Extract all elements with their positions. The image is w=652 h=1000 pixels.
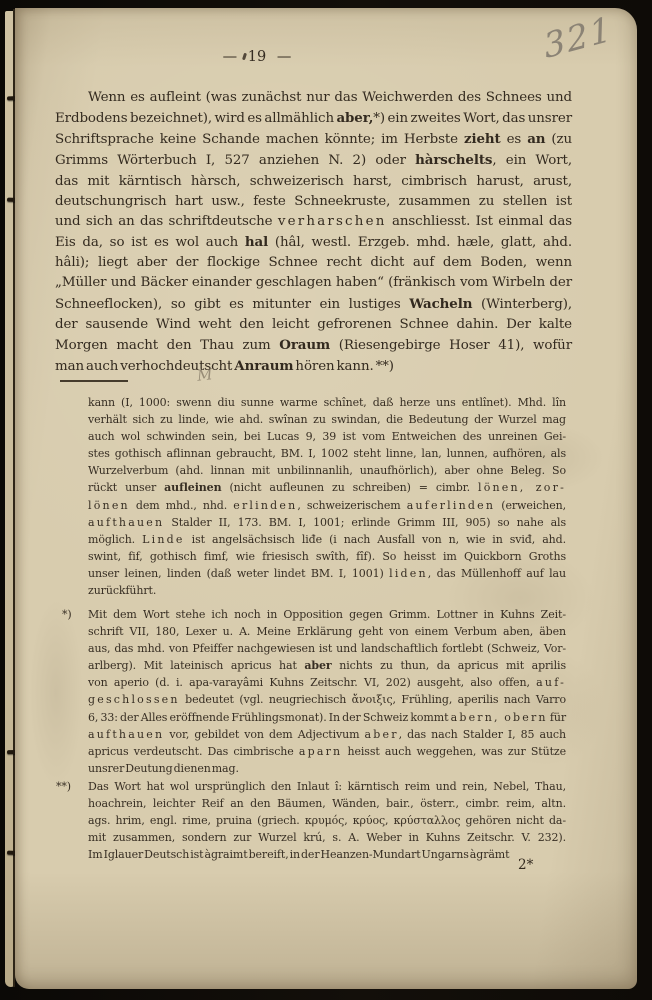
text-segment: (nicht aufleunen zu schreiben) = cimbr.: [221, 481, 478, 494]
text-segment: aufthauen: [88, 728, 164, 741]
text-segment: dem mhd., nhd.: [130, 499, 233, 512]
text-segment: Morgen macht den Thau zum: [55, 338, 279, 353]
text-segment: Grimms Wörterbuch I, 527 anziehen N. 2) …: [55, 153, 415, 168]
text-line: zurückführt.: [88, 582, 566, 599]
text-line: Wenn es aufleint (was zunächst nur das W…: [55, 88, 572, 108]
text-segment: anschliesst. Ist einmal das: [387, 214, 572, 229]
text-segment: Wenn es aufleint (was zunächst nur das W…: [88, 90, 572, 105]
text-segment: an: [527, 131, 545, 147]
text-line: kann (I, 1000: swenn diu sunne warme sch…: [88, 394, 566, 411]
text-segment: bedeutet (vgl. neugriechisch ἄνοιξις, Fr…: [180, 693, 566, 706]
text-segment: erlinden: [233, 499, 297, 512]
text-line: geschlossen bedeutet (vgl. neugriechisch…: [88, 691, 566, 708]
text-line: Grimms Wörterbuch I, 527 anziehen N. 2) …: [55, 150, 572, 171]
text-line: auch wol schwinden sein, bei Lucas 9, 39…: [88, 428, 566, 445]
text-segment: lönen: [88, 499, 130, 512]
text-segment: auf-: [536, 676, 566, 689]
text-segment: (erweichen,: [495, 499, 566, 512]
text-segment: der sausende Wind weht den leicht gefror…: [55, 317, 572, 332]
text-line: verhält sich zu linde, wie ahd. swînan z…: [88, 411, 566, 428]
text-segment: kann (I, 1000: swenn diu sunne warme sch…: [88, 396, 566, 409]
text-line: lönen dem mhd., nhd. erlinden, schweizer…: [88, 497, 566, 514]
text-segment: hàrschelts: [415, 152, 492, 168]
text-segment: Mit dem Wort stehe ich noch in Oppositio…: [88, 608, 566, 621]
text-segment: (Winterberg),: [472, 297, 572, 312]
text-segment: stes gothisch aflinnan gebraucht, BM. I,…: [88, 447, 566, 460]
text-line: hâli); liegt aber der flockige Schnee re…: [55, 253, 572, 273]
text-segment: mit zusammen, sondern zur Wurzel krú, s.…: [88, 831, 566, 844]
text-line: aufthauen vor, gebildet von dem Adjectiv…: [88, 726, 566, 743]
page-number-heading: — 19 —: [199, 49, 315, 65]
text-line: arlberg). Mit lateinisch apricus hat abe…: [88, 657, 566, 674]
text-line: Wurzelverbum (ahd. linnan mit unbilinnan…: [88, 462, 566, 479]
text-segment: Wacheln: [409, 296, 472, 312]
text-segment: auch wol schwinden sein, bei Lucas 9, 39…: [88, 430, 566, 443]
text-line: man auch verhochdeutscht Anraum hören ka…: [55, 356, 572, 377]
footnote-marker: **): [56, 778, 71, 795]
text-segment: , schweizerischem: [297, 499, 406, 512]
text-segment: hoachrein, leichter Reif an den Bäumen, …: [88, 797, 566, 810]
text-segment: ist angelsächsisch liđe (i nach Ausfall …: [185, 533, 566, 546]
text-segment: Das Wort hat wol ursprünglich den Inlaut…: [88, 780, 566, 793]
signature-mark: 2*: [518, 857, 533, 873]
text-segment: (zu: [545, 132, 572, 147]
text-segment: (Riesengebirge Hoser 41), wofür: [330, 338, 572, 353]
footnote-continuation: kann (I, 1000: swenn diu sunne warme sch…: [88, 394, 566, 599]
text-line: rückt unser aufleinen (nicht aufleunen z…: [88, 479, 566, 496]
text-line: **)Das Wort hat wol ursprünglich den Inl…: [88, 778, 566, 795]
text-line: Schriftsprache keine Schande machen könn…: [55, 129, 572, 150]
text-segment: aber,: [336, 110, 373, 126]
text-segment: aufthauen: [88, 516, 164, 529]
text-segment: apricus verdeutscht. Das cimbrische: [88, 745, 299, 758]
text-line: apricus verdeutscht. Das cimbrische apar…: [88, 743, 566, 760]
text-segment: von aperio (d. i. apa-varayâmi Kuhns Zei…: [88, 676, 536, 689]
text-segment: liden: [389, 567, 428, 580]
text-segment: aufleinen: [164, 481, 221, 494]
footnote-asterisk: *)Mit dem Wort stehe ich noch in Opposit…: [88, 606, 566, 777]
book-page: 321 — 19 — Wenn es aufleint (was zunächs…: [15, 8, 637, 989]
text-line: aufthauen Stalder II, 173. BM. I, 1001; …: [88, 514, 566, 531]
text-line: 6, 33: der Alles eröffnende Frühlingsmon…: [88, 709, 566, 726]
text-segment: hören kann. **): [293, 359, 393, 374]
text-segment: zurückführt.: [88, 584, 156, 597]
text-line: hoachrein, leichter Reif an den Bäumen, …: [88, 795, 566, 812]
main-paragraph: Wenn es aufleint (was zunächst nur das W…: [55, 88, 572, 377]
handwritten-folio-number: 321: [541, 9, 616, 67]
scanned-book-page-photo: 321 — 19 — Wenn es aufleint (was zunächs…: [0, 0, 652, 1000]
text-segment: es: [501, 132, 528, 147]
text-segment: und sich an das schriftdeutsche: [55, 214, 278, 229]
text-line: „Müller und Bäcker einander geschlagen h…: [55, 273, 572, 293]
text-segment: , das Müllenhoff auf lau: [428, 567, 566, 580]
text-segment: hâli); liegt aber der flockige Schnee re…: [55, 255, 572, 270]
text-segment: Wurzelverbum (ahd. linnan mit unbilinnan…: [88, 464, 566, 477]
text-segment: aber: [304, 659, 331, 672]
text-segment: aparn: [299, 745, 343, 758]
text-line: swint, fif, gothisch fimf, wie friesisch…: [88, 548, 566, 565]
text-line: und sich an das schriftdeutsche verharsc…: [55, 212, 572, 232]
text-segment: Schriftsprache keine Schande machen könn…: [55, 132, 464, 147]
text-segment: hal: [245, 234, 268, 250]
text-line: schrift VII, 180, Lexer u. A. Meine Erkl…: [88, 623, 566, 640]
text-segment: „Müller und Bäcker einander geschlagen h…: [55, 275, 572, 290]
text-segment: 6, 33: der Alles eröffnende Frühlingsmon…: [88, 711, 451, 724]
text-segment: , ein Wort,: [492, 153, 572, 168]
text-line: Schneeflocken), so gibt es mitunter ein …: [55, 294, 572, 315]
footnote-separator-rule: [60, 380, 128, 382]
text-line: mit zusammen, sondern zur Wurzel krú, s.…: [88, 829, 566, 846]
text-segment: verharschen: [278, 214, 387, 229]
text-line: der sausende Wind weht den leicht gefror…: [55, 315, 572, 335]
text-segment: swint, fif, gothisch fimf, wie friesisch…: [88, 550, 566, 563]
text-segment: Linde: [142, 533, 184, 546]
text-segment: aus, das mhd. von Pfeiffer nachgewiesen …: [88, 642, 566, 655]
text-segment: lönen, zor-: [478, 481, 566, 494]
text-segment: heisst auch weggehen, was zur Stütze: [342, 745, 566, 758]
text-segment: zieht: [464, 131, 501, 147]
footnote-marker: *): [62, 606, 72, 623]
text-segment: Erdbodens bezeichnet), wird es allmählic…: [55, 111, 336, 126]
text-segment: möglich.: [88, 533, 142, 546]
text-segment: , das nach Stalder I, 85 auch: [399, 728, 566, 741]
text-segment: arlberg). Mit lateinisch apricus hat: [88, 659, 304, 672]
text-segment: (hâl, westl. Erzgeb. mhd. hæle, glatt, a…: [268, 235, 572, 250]
text-line: stes gothisch aflinnan gebraucht, BM. I,…: [88, 445, 566, 462]
text-line: Eis da, so ist es wol auch hal (hâl, wes…: [55, 232, 572, 253]
text-line: möglich. Linde ist angelsächsisch liđe (…: [88, 531, 566, 548]
text-segment: Im Iglauer Deutsch ist àgraimt bereift, …: [88, 848, 509, 861]
text-line: unser leinen, linden (daß weter lindet B…: [88, 565, 566, 582]
text-segment: nichts zu thun, da apricus mit aprilis: [332, 659, 566, 672]
text-segment: das mit kärntisch hàrsch, schweizerisch …: [55, 174, 572, 189]
text-segment: auferlinden: [407, 499, 495, 512]
text-segment: vor, gebildet von dem Adjectivum: [164, 728, 364, 741]
text-segment: rückt unser: [88, 481, 164, 494]
show-through-blotch: [29, 598, 83, 788]
text-segment: Schneeflocken), so gibt es mitunter ein …: [55, 297, 409, 312]
text-line: Erdbodens bezeichnet), wird es allmählic…: [55, 108, 572, 129]
text-segment: Oraum: [279, 337, 330, 353]
text-segment: ags. hrim, engl. rime, pruina (griech. κ…: [88, 814, 566, 827]
text-line: Im Iglauer Deutsch ist àgraimt bereift, …: [88, 846, 566, 863]
text-segment: unsrer Deutung dienen mag.: [88, 762, 239, 775]
text-line: *)Mit dem Wort stehe ich noch in Opposit…: [88, 606, 566, 623]
text-line: Morgen macht den Thau zum Oraum (Rieseng…: [55, 335, 572, 356]
text-line: ags. hrim, engl. rime, pruina (griech. κ…: [88, 812, 566, 829]
text-segment: deutschungrisch hart usw., feste Schneek…: [55, 194, 572, 209]
footnote-double-asterisk: **)Das Wort hat wol ursprünglich den Inl…: [88, 778, 566, 863]
text-segment: Eis da, so ist es wol auch: [55, 235, 245, 250]
text-line: von aperio (d. i. apa-varayâmi Kuhns Zei…: [88, 674, 566, 691]
text-segment: abern, obern: [451, 711, 548, 724]
text-line: unsrer Deutung dienen mag.: [88, 760, 566, 777]
text-segment: schrift VII, 180, Lexer u. A. Meine Erkl…: [88, 625, 566, 638]
text-segment: verhält sich zu linde, wie ahd. swînan z…: [88, 413, 566, 426]
text-segment: geschlossen: [88, 693, 180, 706]
text-segment: aber: [365, 728, 399, 741]
text-segment: für: [548, 711, 566, 724]
pencil-correction-mark: M: [196, 365, 213, 385]
text-line: das mit kärntisch hàrsch, schweizerisch …: [55, 172, 572, 192]
text-line: aus, das mhd. von Pfeiffer nachgewiesen …: [88, 640, 566, 657]
text-segment: Anraum: [234, 358, 293, 374]
text-segment: *) ein zweites Wort, das unsrer: [373, 111, 572, 126]
text-segment: unser leinen, linden (daß weter lindet B…: [88, 567, 389, 580]
text-line: deutschungrisch hart usw., feste Schneek…: [55, 192, 572, 212]
text-segment: Stalder II, 173. BM. I, 1001; erlinde Gr…: [164, 516, 566, 529]
